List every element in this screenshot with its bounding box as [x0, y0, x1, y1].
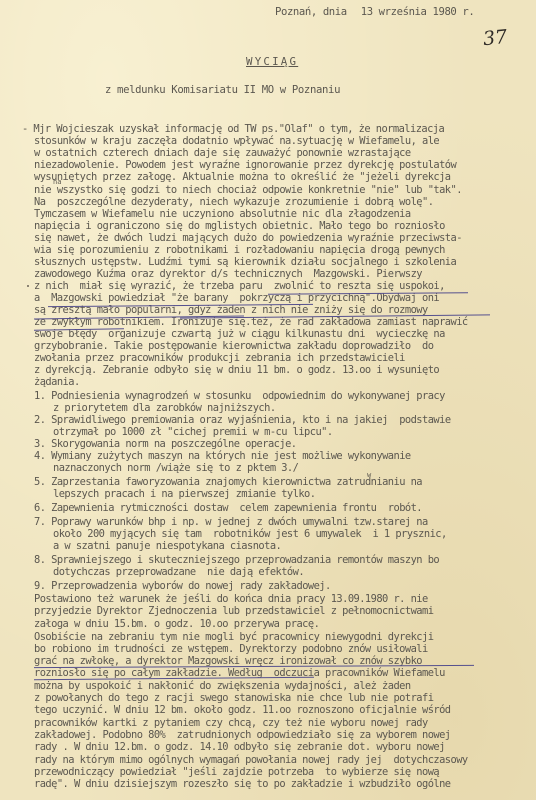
demand-number: 5. [34, 476, 45, 488]
demand-item: 7. Poprawy warunków bhp i np. w jednej z… [34, 516, 428, 528]
demand-item: 1. Podniesienia wynagrodzeń w stosunku o… [34, 390, 445, 402]
demand-number: 9. [34, 580, 45, 592]
demand-item: 5. Zaprzestania faworyzowania znajomych … [34, 476, 422, 488]
body-line: grzybobranie. Takie postępowanie kierown… [34, 340, 433, 352]
body-line: zawodowego Kuźma oraz dyrektor d/s techn… [34, 268, 422, 280]
body-line: wia się porozumieniu z robotnikami i roz… [34, 244, 445, 256]
body-line: się nawet, że dwóch ludzi mających dużo … [34, 232, 462, 244]
body-line: - Mjr Wojcieszak uzyskał informację od T… [22, 123, 444, 135]
body-line: wysuniętych przez załogę. Aktualnie możn… [34, 171, 451, 183]
body-line: napięcia i ograniczono się do mglistych … [34, 220, 445, 232]
closing-line: rady . W dniu 12.bm. o godz. 14.10 odbył… [34, 741, 445, 753]
body-line: w ostatnich czterech dniach daje się zau… [34, 147, 411, 159]
demand-number: 1. [34, 390, 45, 402]
place-label: Poznań, dnia [275, 6, 347, 18]
body-line: Na poszczególne dezyderaty, niech wykazu… [34, 196, 433, 208]
body-line: nie wszystko się godzi to niech chociaż … [34, 184, 462, 196]
demand-item: 8. Sprawniejszego i skuteczniejszego prz… [34, 554, 439, 566]
closing-line: radę". W dniu dzisiejszym rozeszło się t… [34, 778, 451, 790]
document-page: Poznań, dnia13 września 1980 r. 37 WYCIĄ… [0, 0, 536, 800]
demand-text: Przeprowadzenia wyborów do nowej rady za… [51, 580, 331, 592]
demand-number: 4. [34, 450, 45, 462]
closing-line: tego uczynić. W dniu 12 bm. około godz. … [34, 704, 451, 716]
demand-continuation: a w szatni panuje niespotykana ciasnota. [53, 540, 281, 552]
closing-line: pracowników kartki z pytaniem czy chcą, … [34, 717, 428, 729]
document-date: 13 września 1980 r. [361, 6, 475, 18]
demand-text: Sprawniejszego i skuteczniejszego przepr… [51, 554, 439, 566]
document-subtitle: z meldunku Komisariatu II MO w Poznaniu [105, 84, 340, 96]
interlinear-insertion: w [367, 471, 371, 479]
demand-number: 6. [34, 502, 45, 514]
demand-text: Wymiany zużytych maszyn na których nie j… [51, 450, 410, 462]
closing-line: załoga w dniu 15.bm. o godz. 10.oo przer… [34, 618, 319, 630]
body-line: Tymczasem w Wiefamelu nie uczyniono abso… [34, 208, 411, 220]
closing-line: Osobiście na zebraniu tym nie mogli być … [34, 631, 433, 643]
demand-item: 2. Sprawidliwego premiowania oraz wyjaśn… [34, 414, 451, 426]
body-line: żądania. [34, 376, 80, 388]
closing-line: przyjedzie Dyrektor Zjednoczenia lub prz… [34, 605, 433, 617]
demand-continuation: dotychczas przeprowadzane nie dają efekt… [53, 566, 304, 578]
body-line: z dyrekcją. Zebranie odbyło się w dniu 1… [34, 364, 439, 376]
demand-number: 8. [34, 554, 45, 566]
demand-number: 3. [34, 438, 45, 450]
closing-line: przewodniczący powiedział "jeśli zajdzie… [34, 766, 439, 778]
body-line: zwołania przez pracowników produkcji zeb… [34, 352, 405, 364]
margin-mark [27, 285, 29, 287]
closing-line: Postawiono też warunek że jeśli do końca… [34, 593, 428, 605]
body-line: niezadowolenie. Powodem jest wyraźne ign… [34, 159, 456, 171]
document-title: WYCIĄG [246, 55, 298, 68]
body-line: stosunków w kraju zaczęła dodatnio wpływ… [34, 135, 439, 147]
demand-continuation: lepszych pracach i na pierwszej zmianie … [53, 488, 315, 500]
demand-text: Poprawy warunków bhp i np. w jednej z dw… [51, 516, 428, 528]
demand-continuation: około 200 myjących się tam robotników je… [53, 528, 447, 540]
closing-line: rady na którym mimo ogólnych wymagań pow… [34, 754, 468, 766]
demand-item: 9. Przeprowadzenia wyborów do nowej rady… [34, 580, 331, 592]
place-date: Poznań, dnia13 września 1980 r. [275, 6, 474, 18]
demand-item: 4. Wymiany zużytych maszyn na których ni… [34, 450, 411, 462]
demand-number: 2. [34, 414, 45, 426]
demand-continuation: z priorytetem dla zarobków najniższych. [53, 402, 276, 414]
handwritten-page-number: 37 [482, 26, 508, 50]
body-line: słusznych ustępstw. Ludźmi tymi są kiero… [34, 256, 456, 268]
demand-text: Skorygowania norm na poszczególne operac… [51, 438, 296, 450]
demand-text: Podniesienia wynagrodzeń w stosunku odpo… [51, 390, 445, 402]
closing-line: zakładowej. Podobno 80% zatrudnionych od… [34, 729, 451, 741]
body-line: z nich miał się wyrazić, że trzeba paru … [34, 280, 445, 292]
closing-line: z powołanych do tego z racji swego stano… [34, 692, 433, 704]
demand-text: Zapewnienia rytmiczności dostaw celem za… [51, 502, 422, 514]
demand-text: Sprawidliwego premiowania oraz wyjaśnien… [51, 414, 450, 426]
closing-line: można by uspokoić i nakłonić do zwiększe… [34, 680, 411, 692]
closing-line: bo robiono im trudności ze wstępem. Dyre… [34, 643, 428, 655]
demand-item: 6. Zapewnienia rytmiczności dostaw celem… [34, 502, 422, 514]
demand-continuation: otrzymał po 1000 zł "cichej premii w m-c… [53, 426, 333, 438]
demand-item: 3. Skorygowania norm na poszczególne ope… [34, 438, 297, 450]
demand-number: 7. [34, 516, 45, 528]
demand-continuation: naznaczonych norm /wiąże się to z pktem … [53, 462, 298, 474]
